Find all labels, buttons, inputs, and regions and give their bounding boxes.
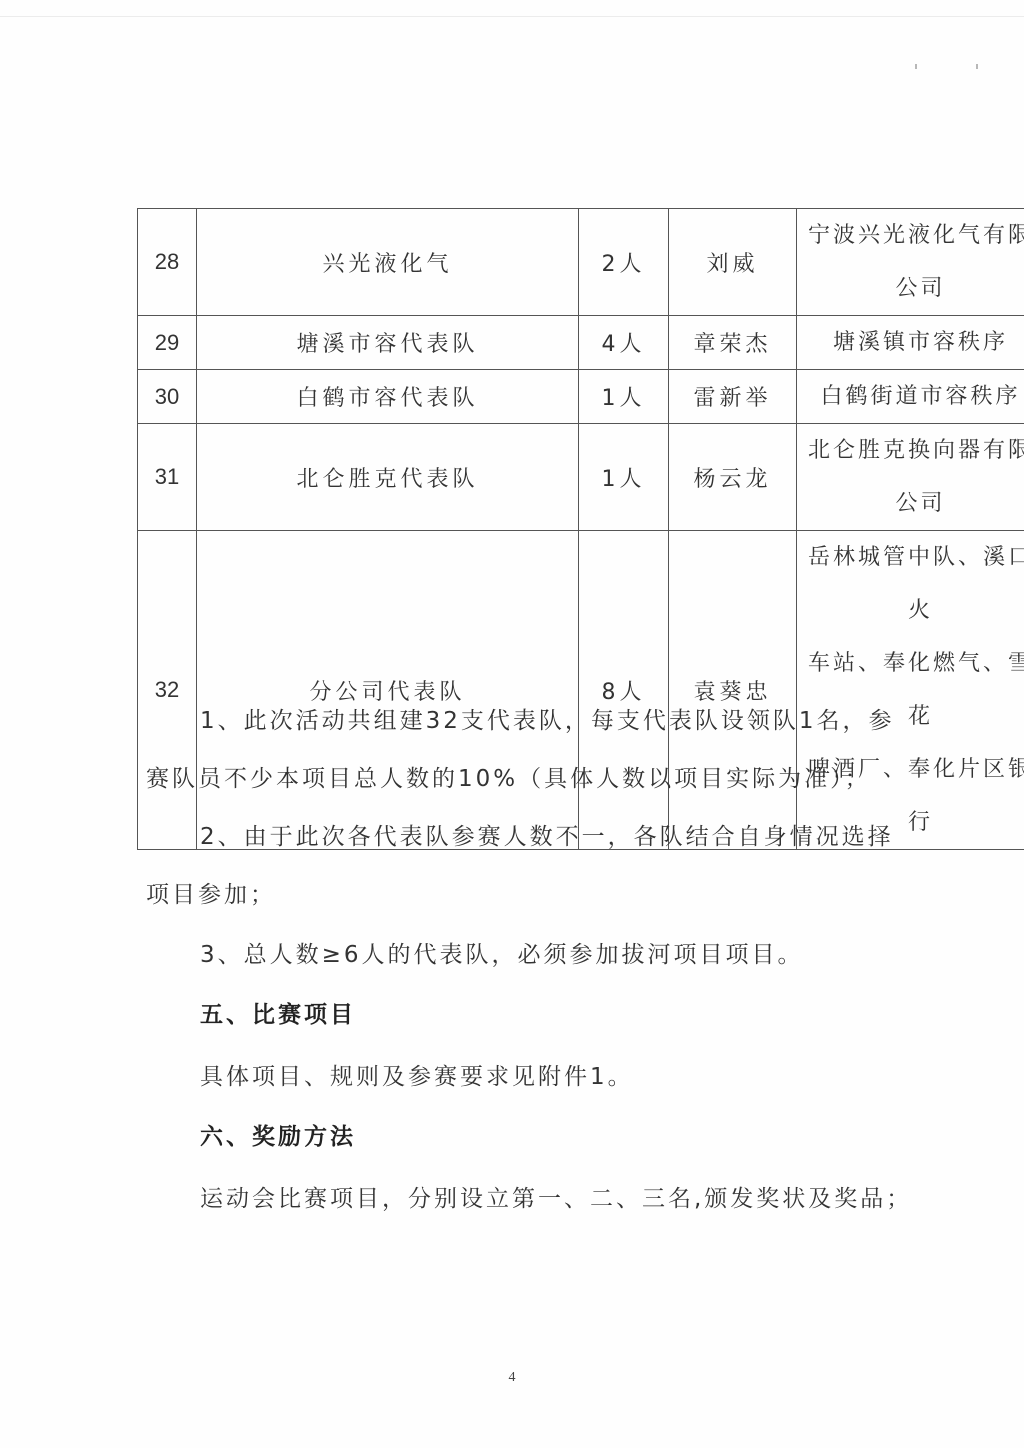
- team-leader: 袁葵忠: [669, 531, 797, 850]
- section-5-body: 具体项目、规则及参赛要求见附件1。: [200, 1058, 634, 1091]
- page-number: 4: [0, 1370, 1024, 1386]
- unit-line: 公司: [801, 262, 1024, 315]
- table-row: 28 兴光液化气 2人 刘威 宁波兴光液化气有限 公司: [138, 209, 1024, 316]
- affiliated-unit: 北仑胜克换向器有限 公司: [797, 424, 1024, 531]
- affiliated-unit: 岳林城管中队、溪口火 车站、奉化燃气、雪花 啤酒厂、奉化片区银行: [797, 531, 1024, 850]
- team-leader: 杨云龙: [669, 424, 797, 531]
- unit-line: 岳林城管中队、溪口火: [801, 531, 1024, 637]
- team-leader: 刘威: [669, 209, 797, 316]
- team-leader: 雷新举: [669, 370, 797, 424]
- row-number: 30: [138, 370, 197, 424]
- team-name: 分公司代表队: [197, 531, 579, 850]
- unit-line: 白鹤街道市容秩序: [801, 370, 1024, 423]
- row-number: 28: [138, 209, 197, 316]
- team-name: 兴光液化气: [197, 209, 579, 316]
- section-6-body: 运动会比赛项目，分别设立第一、二、三名,颁发奖状及奖品；: [200, 1180, 912, 1213]
- table-row: 31 北仑胜克代表队 1人 杨云龙 北仑胜克换向器有限 公司: [138, 424, 1024, 531]
- affiliated-unit: 白鹤街道市容秩序: [797, 370, 1024, 424]
- section-5-heading: 五、比赛项目: [200, 996, 356, 1029]
- team-roster-table: 28 兴光液化气 2人 刘威 宁波兴光液化气有限 公司 29 塘溪市容代表队 4…: [137, 208, 1024, 850]
- unit-line: 宁波兴光液化气有限: [801, 209, 1024, 262]
- table-row: 29 塘溪市容代表队 4人 章荣杰 塘溪镇市容秩序: [138, 316, 1024, 370]
- member-count: 8人: [579, 531, 669, 850]
- table-row: 32 分公司代表队 8人 袁葵忠 岳林城管中队、溪口火 车站、奉化燃气、雪花 啤…: [138, 531, 1024, 850]
- member-count: 4人: [579, 316, 669, 370]
- note-item-3: 3、总人数≥6人的代表队，必须参加拔河项目项目。: [200, 936, 804, 969]
- member-count: 2人: [579, 209, 669, 316]
- row-number: 29: [138, 316, 197, 370]
- scan-edge-line: [0, 16, 1024, 17]
- note-item-1-line-2: 赛队员不少本项目总人数的10%（具体人数以项目实际为准）；: [146, 760, 871, 793]
- unit-line: 公司: [801, 477, 1024, 530]
- unit-line: 北仑胜克换向器有限: [801, 424, 1024, 477]
- team-name: 白鹤市容代表队: [197, 370, 579, 424]
- section-6-heading: 六、奖励方法: [200, 1118, 356, 1151]
- note-item-2-line-2: 项目参加；: [146, 876, 276, 909]
- document-page: 28 兴光液化气 2人 刘威 宁波兴光液化气有限 公司 29 塘溪市容代表队 4…: [0, 0, 1024, 1448]
- member-count: 1人: [579, 424, 669, 531]
- member-count: 1人: [579, 370, 669, 424]
- team-name: 塘溪市容代表队: [197, 316, 579, 370]
- table-row: 30 白鹤市容代表队 1人 雷新举 白鹤街道市容秩序: [138, 370, 1024, 424]
- team-leader: 章荣杰: [669, 316, 797, 370]
- note-item-1-line-1: 1、此次活动共组建32支代表队，每支代表队设领队1名，参: [200, 702, 895, 735]
- affiliated-unit: 塘溪镇市容秩序: [797, 316, 1024, 370]
- team-name: 北仑胜克代表队: [197, 424, 579, 531]
- scan-mark: [915, 64, 917, 69]
- row-number: 31: [138, 424, 197, 531]
- unit-line: 塘溪镇市容秩序: [801, 316, 1024, 369]
- affiliated-unit: 宁波兴光液化气有限 公司: [797, 209, 1024, 316]
- row-number: 32: [138, 531, 197, 850]
- note-item-2-line-1: 2、由于此次各代表队参赛人数不一，各队结合自身情况选择: [200, 818, 894, 851]
- scan-mark: [976, 64, 978, 69]
